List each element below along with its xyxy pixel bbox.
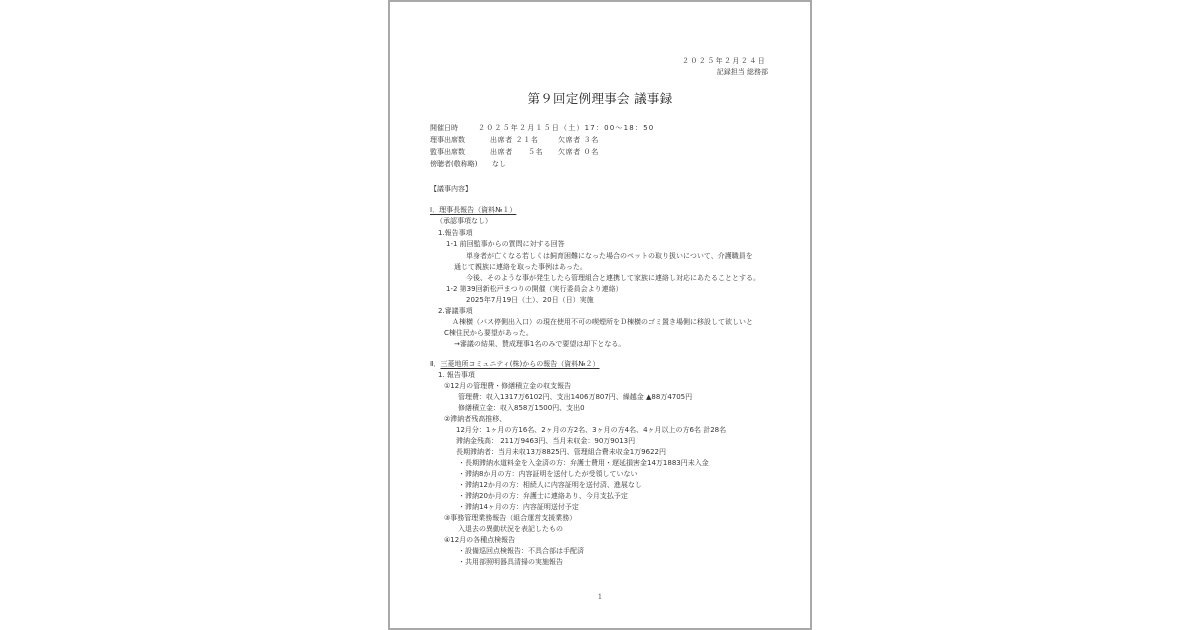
deliberation-line1: Ａ棟横（バス停側出入口）の現在使用不可の喫煙所をＤ棟横のゴミ置き場側に移設して欲… [452, 318, 753, 327]
item4-bullet: ・設備巡回点検報告：不具合部は手配済 [458, 547, 584, 556]
item4-bullet: ・共用部照明器具清掃の実施報告 [458, 558, 563, 567]
section1-note: （承認事項なし） [436, 217, 492, 226]
item2-bullet: ・滞納12か月の方：相続人に内容証明を送付済、進展なし [458, 481, 642, 490]
section2-item1-line1: 管理費：収入1317万6102円、支出1406万807円、繰越金 ▲88万470… [458, 393, 692, 402]
item2-bullet: ・滞納8か月の方：内容証明を送付したが受領していない [458, 470, 637, 479]
section2-report-heading: 1. 報告事項 [438, 371, 475, 380]
section2-item1-heading: ①12月の管理費・修繕積立金の収支報告 [444, 382, 571, 391]
section2-heading-prefix: Ⅱ． [430, 360, 440, 368]
section2-item2-line3: 長期滞納者：当月未収13万8825円、管理組合費未収金1万9622円 [456, 448, 666, 457]
observers-label: 傍聴者(敬称略) [430, 160, 477, 169]
section2-item3-heading: ③事務管理業務報告（組合運営支援業務） [444, 514, 576, 523]
section2-heading-row: Ⅱ．三菱地所コミュニティ(株)からの報告（資料№２） [430, 360, 600, 369]
auditors-present: 出席者 ５名 [490, 148, 543, 157]
document-date: ２０２５年２月２４日 [682, 57, 766, 66]
directors-absent: 欠席者 ３名 [558, 136, 599, 145]
item-1-1-line1: 単身者が亡くなる若しくは飼育困難になった場合のペットの取り扱いについて、介護職員… [466, 252, 753, 261]
item-1-1-line3: 今後、そのような事が発生したら管理組合と連携して家族に連絡し対応にあたることとす… [466, 274, 760, 283]
section2-item2-heading: ②滞納者残高推移、 [444, 415, 506, 424]
section2-heading: 三菱地所コミュニティ(株)からの報告（資料№２） [440, 360, 599, 368]
item2-bullet: ・滞納14ヶ月の方：内容証明送付予定 [458, 503, 579, 512]
directors-label: 理事出席数 [430, 136, 465, 145]
page-title: 第９回定例理事会 議事録 [390, 91, 810, 106]
section2-item2-line1: 12月分：1ヶ月の方16名、2ヶ月の方2名、3ヶ月の方4名、4ヶ月以上の方6名 … [456, 426, 726, 435]
agenda-heading: 【議事内容】 [430, 185, 472, 194]
auditors-absent: 欠席者 ０名 [558, 148, 599, 157]
document-page: ２０２５年２月２４日 記録担当 総務部 第９回定例理事会 議事録 開催日時 ２０… [388, 0, 812, 630]
section2-item4-heading: ④12月の各種点検報告 [444, 536, 515, 545]
datetime-label: 開催日時 [430, 124, 458, 133]
datetime-value: ２０２５年２月１５日（土）17：00～18：50 [478, 124, 654, 133]
page-number: 1 [390, 593, 810, 602]
section2-item3-line1: 入退去の異動状況を表記したもの [458, 525, 563, 534]
recorder: 記録担当 総務部 [717, 68, 768, 77]
section1-deliberation-heading: 2.審議事項 [438, 307, 473, 316]
item2-bullet: ・滞納20か月の方：弁護士に連絡あり、今月支払予定 [458, 492, 628, 501]
item-1-1-line2: 通じて親族に連絡を取った事例はあった。 [454, 263, 587, 272]
section2-item2-line2: 滞納金残高： 211万9463円、当月未収金：90万9013円 [456, 437, 635, 446]
item-1-2-heading: 1-2 第39回新松戸まつりの開催（実行委員会より連絡） [446, 285, 623, 294]
deliberation-line3: →審議の結果、賛成理事1名のみで要望は却下となる。 [454, 340, 625, 349]
section1-report-heading: 1.報告事項 [438, 229, 473, 238]
item-1-1-heading: 1-1 前回監事からの質問に対する回答 [446, 240, 565, 249]
item-1-2-detail: 2025年7月19日（土）、20日（日）実施 [466, 296, 594, 305]
observers-value: なし [492, 160, 506, 169]
auditors-label: 監事出席数 [430, 148, 465, 157]
item2-bullet: ・長期滞納水道料金を入金済の方：弁護士費用・遅延損害金14万1883円未入金 [458, 459, 709, 468]
directors-present: 出席者 ２１名 [490, 136, 538, 145]
deliberation-line2: C棟住民から要望があった。 [444, 329, 533, 338]
section1-heading: Ⅰ．理事長報告（資料№１） [430, 206, 516, 215]
section2-item1-line2: 修繕積立金：収入858万1500円、支出0 [458, 404, 585, 413]
